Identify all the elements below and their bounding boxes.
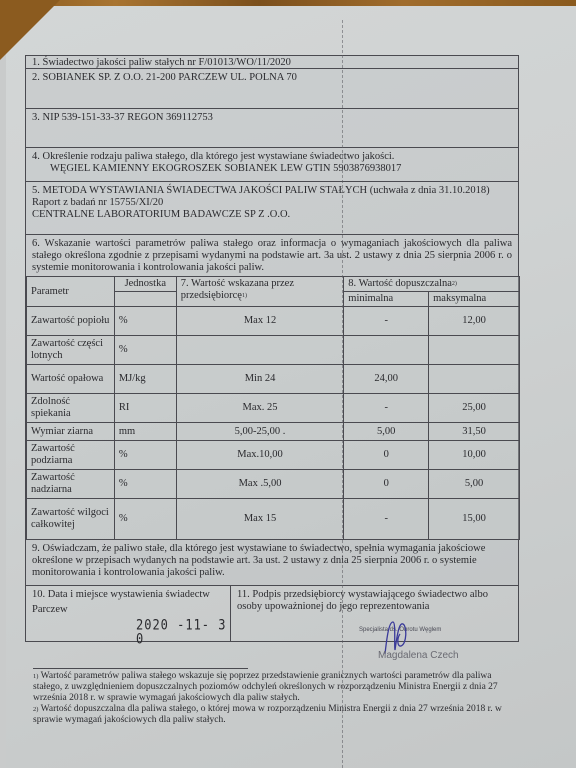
header-jednostka: Jednostka — [114, 277, 176, 292]
table-row: Zawartość podziarna % Max.10,00 0 10,00 — [27, 441, 520, 470]
issue-place: Parczew — [32, 604, 224, 616]
header-allowed: 8. Wartość dopuszczalna2) — [344, 277, 520, 292]
table-row: Zawartość wilgoci całkowitej % Max 15 - … — [27, 499, 520, 540]
signer-name-stamp: Magdalena Czech — [378, 650, 459, 661]
section-6: 6. Wskazanie wartości parametrów paliwa … — [26, 234, 518, 276]
issue-date-stamp: 2020 -11- 3 0 — [136, 618, 230, 646]
table-row: Zawartość nadziarna % Max .5,00 0 5,00 — [27, 470, 520, 499]
header-min: minimalna — [344, 292, 429, 307]
header-parametr: Parametr — [27, 277, 115, 307]
section-9: 9. Oświadczam, że paliwo stałe, dla któr… — [26, 540, 518, 585]
footnote-2: 2) Wartość dopuszczalna dla paliwa stałe… — [33, 704, 518, 726]
wood-corner — [0, 0, 60, 60]
method-label: 5. METODA WYSTAWIANIA ŚWIADECTWA JAKOŚCI… — [32, 185, 512, 197]
header-declared: 7. Wartość wskazana przez przedsiębiorcę… — [176, 277, 344, 307]
header-max: maksymalna — [429, 292, 520, 307]
parameters-table: Parametr Jednostka 7. Wartość wskazana p… — [26, 276, 520, 540]
signature-label: 11. Podpis przedsiębiorcy wystawiającego… — [237, 589, 512, 613]
report-number: Raport z badań nr 15755/XI/20 — [32, 197, 512, 209]
section-5: 5. METODA WYSTAWIANIA ŚWIADECTWA JAKOŚCI… — [26, 181, 518, 234]
fuel-type-value: WĘGIEL KAMIENNY EKOGROSZEK SOBIANEK LEW … — [32, 163, 512, 175]
fuel-type-label: 4. Określenie rodzaju paliwa stałego, dl… — [32, 151, 512, 163]
footnote-1: 1) Wartość parametrów paliwa stałego wsk… — [33, 671, 518, 704]
header-unit-blank — [114, 292, 176, 307]
section-10: 10. Data i miejsce wystawienia świadectw… — [26, 586, 231, 641]
table-row: Zdolność spiekania RI Max. 25 - 25,00 — [27, 394, 520, 423]
company-address: 2. SOBIANEK SP. Z O.O. 21-200 PARCZEW UL… — [32, 72, 297, 83]
section-1: 1. Świadectwo jakości paliw stałych nr F… — [26, 55, 518, 68]
certificate-number: 1. Świadectwo jakości paliw stałych nr F… — [32, 57, 291, 68]
company-ids: 3. NIP 539-151-33-37 REGON 369112753 — [32, 112, 213, 123]
table-row: Zawartość części lotnych % — [27, 336, 520, 365]
section-2: 2. SOBIANEK SP. Z O.O. 21-200 PARCZEW UL… — [26, 68, 518, 108]
declaration-text: 9. Oświadczam, że paliwo stałe, dla któr… — [32, 543, 485, 578]
footnotes: 1) Wartość parametrów paliwa stałego wsk… — [33, 671, 518, 726]
section-4: 4. Określenie rodzaju paliwa stałego, dl… — [26, 147, 518, 181]
section-3: 3. NIP 539-151-33-37 REGON 369112753 — [26, 108, 518, 147]
issue-label: 10. Data i miejsce wystawienia świadectw — [32, 589, 224, 601]
laboratory-name: CENTRALNE LABORATORIUM BADAWCZE SP Z .O.… — [32, 209, 512, 221]
footnote-divider — [33, 668, 248, 669]
certificate-form: 1. Świadectwo jakości paliw stałych nr F… — [25, 55, 519, 642]
table-row: Wartość opałowa MJ/kg Min 24 24,00 — [27, 365, 520, 394]
signature-row: 10. Data i miejsce wystawienia świadectw… — [26, 585, 518, 641]
section-11: 11. Podpis przedsiębiorcy wystawiającego… — [231, 586, 518, 641]
table-row: Wymiar ziarna mm 5,00-25,00 . 5,00 31,50 — [27, 423, 520, 441]
paper-fold-line — [342, 20, 343, 768]
table-row: Zawartość popiołu % Max 12 - 12,00 — [27, 307, 520, 336]
section-6-text: 6. Wskazanie wartości parametrów paliwa … — [32, 238, 512, 273]
